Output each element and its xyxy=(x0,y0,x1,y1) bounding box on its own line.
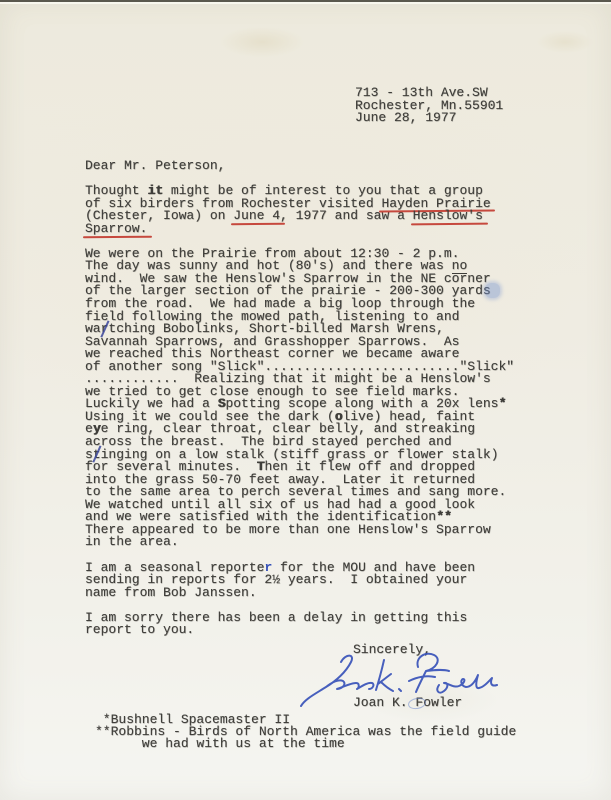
red-underline-mark: June 4 xyxy=(233,208,280,223)
text-line: Dear Mr. Peterson, xyxy=(85,160,514,173)
letter-body: Dear Mr. Peterson, Thought it might be o… xyxy=(85,160,514,637)
text-line: we had with us at the time xyxy=(95,738,516,750)
overstrike-mark: * xyxy=(498,396,506,411)
text-line: June 28, 1977 xyxy=(355,112,503,125)
typed-underline-mark: no xyxy=(452,258,468,273)
text-line: (Chester, Iowa) on June 4, 1977 and saw … xyxy=(85,210,514,223)
scan-top-highlight xyxy=(0,2,611,4)
red-underline-mark: Sparrow. xyxy=(85,221,147,236)
text-line: report to you. xyxy=(85,624,514,637)
text-line: name from Bob Janssen. xyxy=(85,587,514,600)
text-line: in the area. xyxy=(85,536,514,549)
red-underline-mark: Henslow's xyxy=(413,208,483,223)
footnotes-block: *Bushnell Spacemaster II**Robbins - Bird… xyxy=(95,714,516,750)
letter-page: 713 - 13th Ave.SWRochester, Mn.55901June… xyxy=(0,0,611,800)
smudge-mark xyxy=(485,283,501,298)
struck-mark: t xyxy=(93,447,101,462)
struck-mark: r xyxy=(101,321,109,336)
sender-address-block: 713 - 13th Ave.SWRochester, Mn.55901June… xyxy=(355,87,503,125)
